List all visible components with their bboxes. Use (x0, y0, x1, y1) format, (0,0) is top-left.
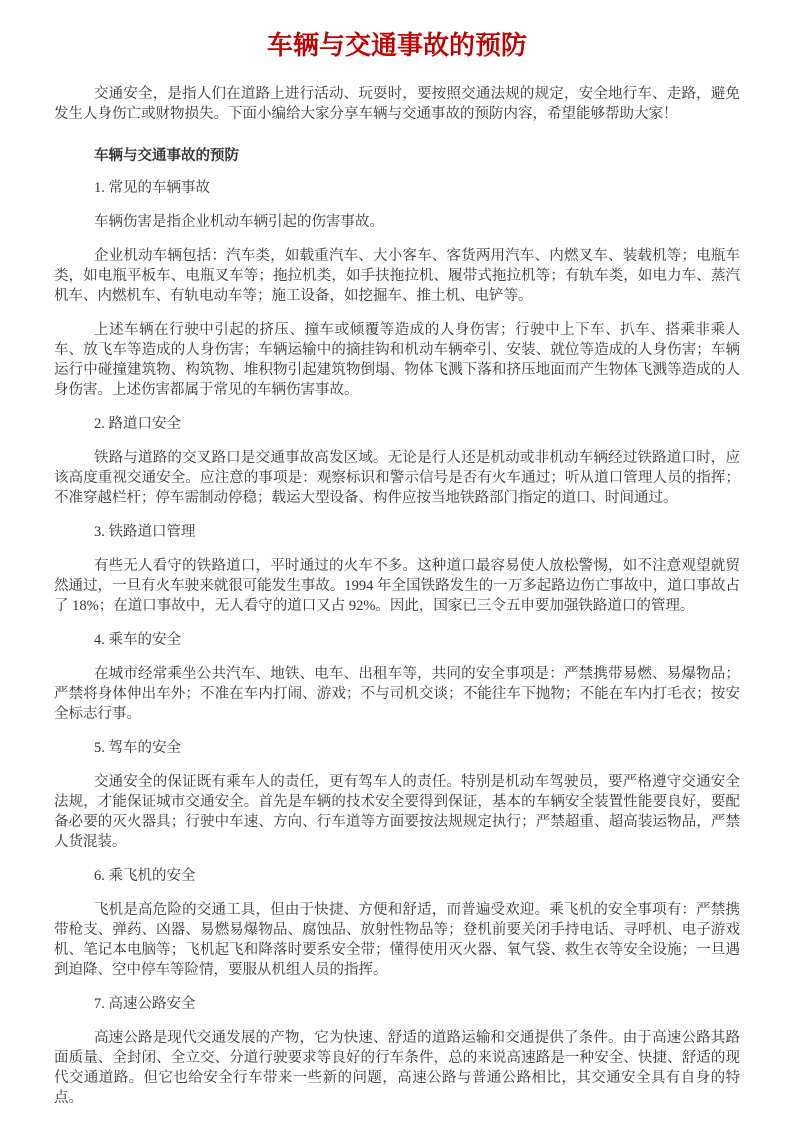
intro-paragraph: 交通安全，是指人们在道路上进行活动、玩耍时，要按照交通法规的规定，安全地行车、走… (54, 84, 740, 124)
section-driving-safety: 5. 驾车的安全 交通安全的保证既有乘车人的责任，更有驾车人的责任。特别是机动车… (54, 738, 740, 852)
section-railway-crossing-management: 3. 铁路道口管理 有些无人看守的铁路道口，平时通过的火车不多。这种道口最容易使… (54, 522, 740, 616)
paragraph: 企业机动车辆包括：汽车类，如载重汽车、大小客车、客货两用汽车、内燃叉车、装载机等… (54, 246, 740, 306)
paragraph: 交通安全的保证既有乘车人的责任，更有驾车人的责任。特别是机动车驾驶员，要严格遵守… (54, 772, 740, 852)
section-heading: 3. 铁路道口管理 (54, 522, 740, 542)
paragraph: 在城市经常乘坐公共汽车、地铁、电车、出租车等，共同的安全事项是：严禁携带易燃、易… (54, 664, 740, 724)
section-heading: 7. 高速公路安全 (54, 994, 740, 1014)
section-airplane-safety: 6. 乘飞机的安全 飞机是高危险的交通工具，但由于快捷、方便和舒适，而普遍受欢迎… (54, 866, 740, 980)
paragraph: 车辆伤害是指企业机动车辆引起的伤害事故。 (54, 212, 740, 232)
document-title: 车辆与交通事故的预防 (54, 28, 740, 62)
section-heading: 5. 驾车的安全 (54, 738, 740, 758)
paragraph: 上述车辆在行驶中引起的挤压、撞车或倾覆等造成的人身伤害；行驶中上下车、扒车、搭乘… (54, 320, 740, 400)
section-common-vehicle-accidents: 1. 常见的车辆事故 车辆伤害是指企业机动车辆引起的伤害事故。 企业机动车辆包括… (54, 178, 740, 400)
section-heading: 2. 路道口安全 (54, 414, 740, 434)
section-riding-safety: 4. 乘车的安全 在城市经常乘坐公共汽车、地铁、电车、出租车等，共同的安全事项是… (54, 630, 740, 724)
document-page: 车辆与交通事故的预防 交通安全，是指人们在道路上进行活动、玩耍时，要按照交通法规… (0, 0, 794, 1123)
paragraph: 铁路与道路的交叉路口是交通事故高发区域。无论是行人还是机动或非机动车辆经过铁路道… (54, 448, 740, 508)
paragraph: 飞机是高危险的交通工具，但由于快捷、方便和舒适，而普遍受欢迎。乘飞机的安全事项有… (54, 900, 740, 980)
document-subheading: 车辆与交通事故的预防 (54, 146, 740, 166)
section-heading: 1. 常见的车辆事故 (54, 178, 740, 198)
section-road-crossing-safety: 2. 路道口安全 铁路与道路的交叉路口是交通事故高发区域。无论是行人还是机动或非… (54, 414, 740, 508)
paragraph: 有些无人看守的铁路道口，平时通过的火车不多。这种道口最容易使人放松警惕，如不注意… (54, 556, 740, 616)
paragraph: 高速公路是现代交通发展的产物，它为快速、舒适的道路运输和交通提供了条件。由于高速… (54, 1028, 740, 1108)
section-heading: 6. 乘飞机的安全 (54, 866, 740, 886)
section-highway-safety: 7. 高速公路安全 高速公路是现代交通发展的产物，它为快速、舒适的道路运输和交通… (54, 994, 740, 1108)
section-heading: 4. 乘车的安全 (54, 630, 740, 650)
